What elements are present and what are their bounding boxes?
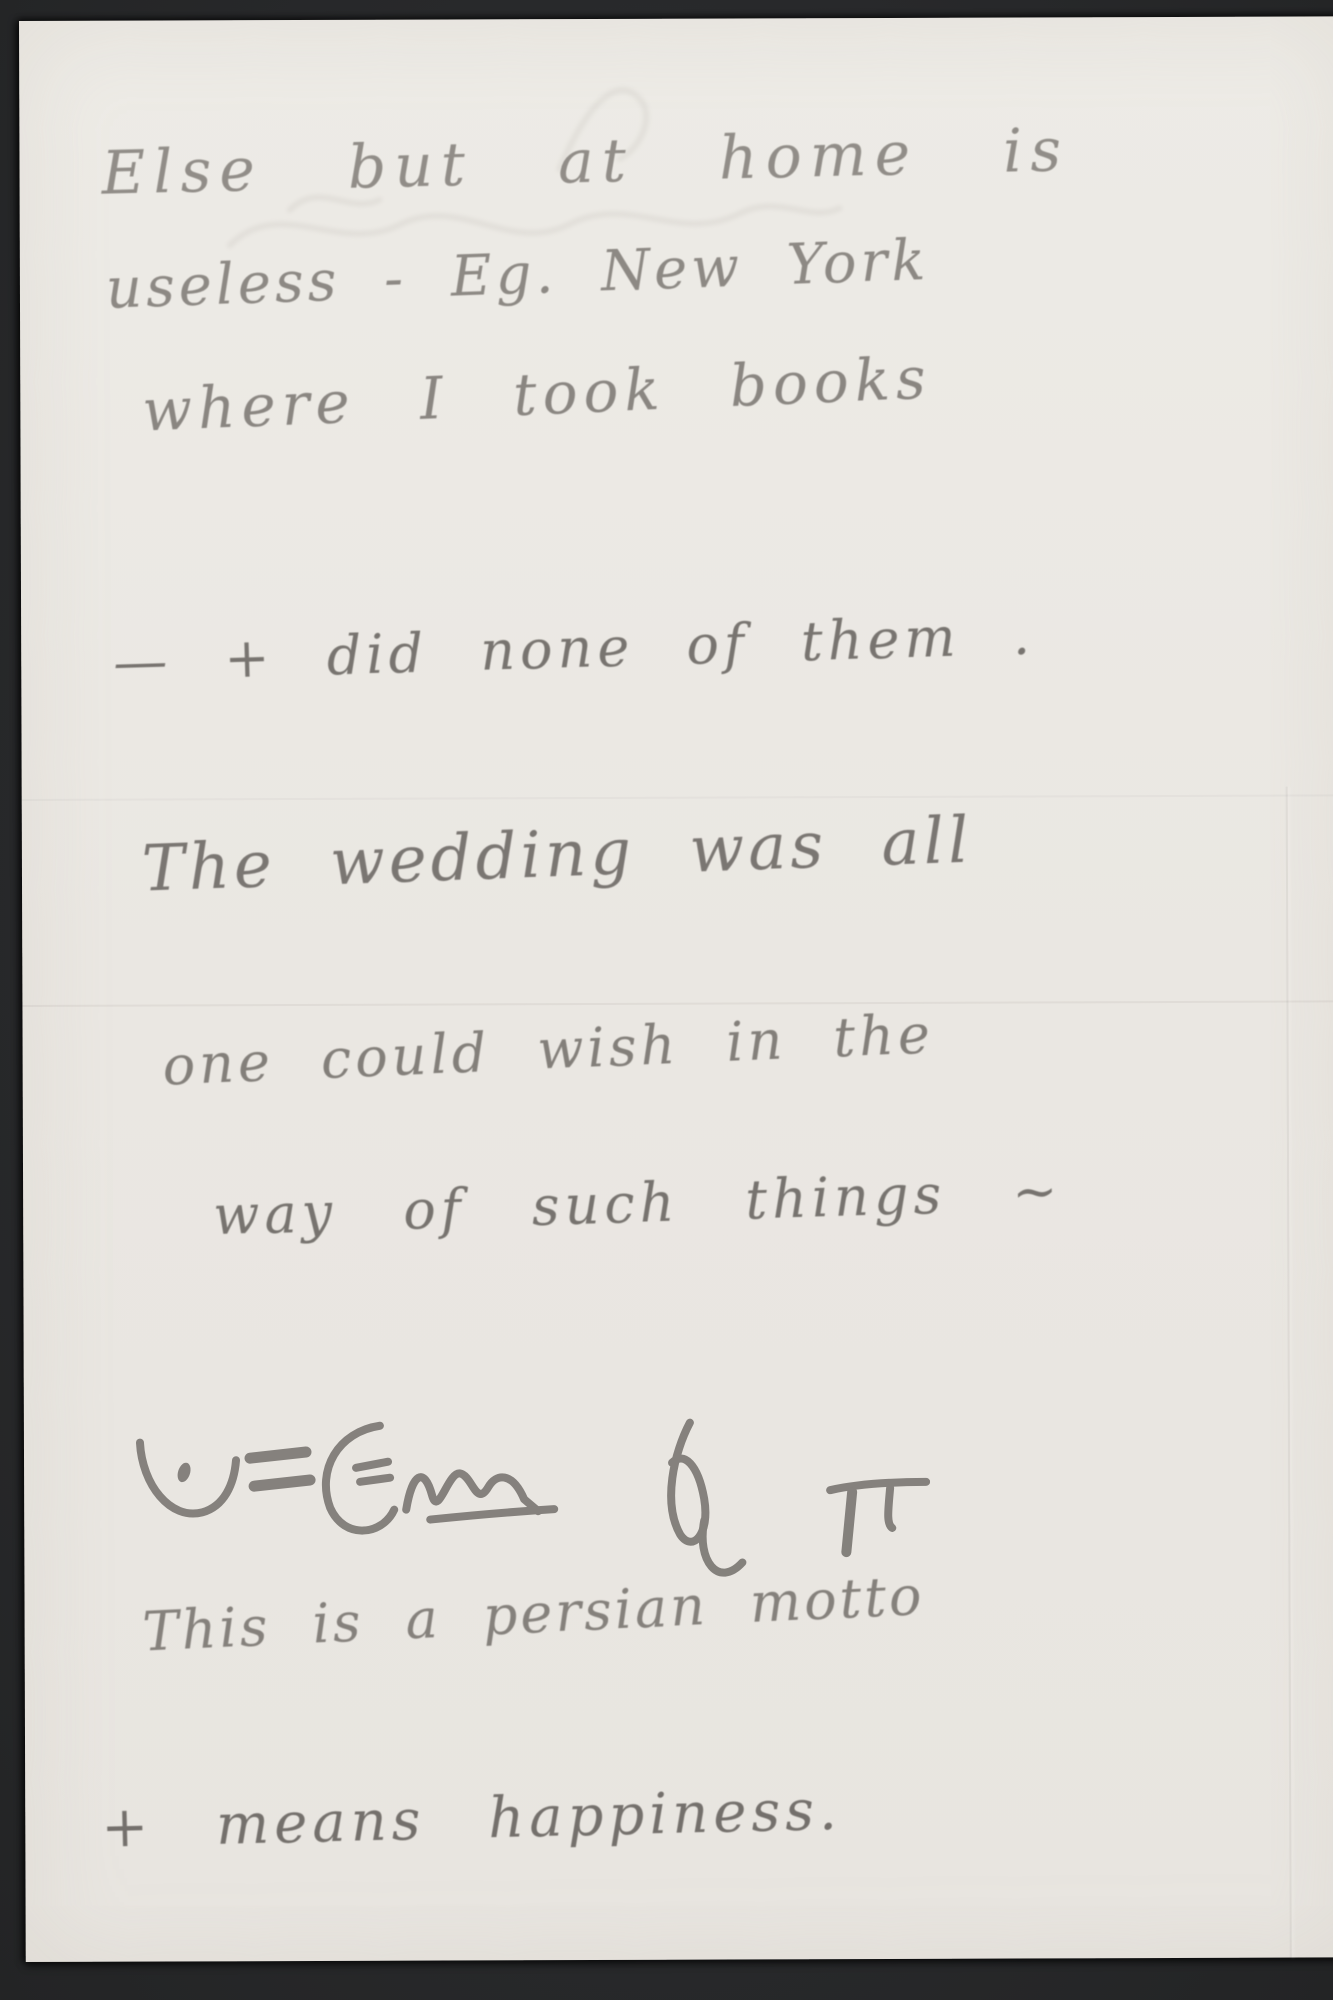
handwritten-line-7: way of such things ~	[212, 1159, 1063, 1247]
fold-crease-horizontal-1	[22, 794, 1333, 801]
handwritten-line-4: — + did none of them .	[112, 603, 1035, 693]
fold-crease-horizontal-2	[22, 1000, 1333, 1007]
handwritten-line-6: one could wish in the	[161, 1002, 935, 1097]
handwritten-line-9: + means happiness.	[101, 1778, 843, 1861]
fold-crease-vertical	[1286, 787, 1292, 1958]
paper-sheet: Else but at home is useless - Eg. New Yo…	[19, 16, 1333, 1962]
handwritten-line-5: The wedding was all	[141, 804, 974, 907]
handwritten-line-3: where I took books	[141, 344, 933, 445]
scanned-document-background: Else but at home is useless - Eg. New Yo…	[0, 0, 1333, 2000]
